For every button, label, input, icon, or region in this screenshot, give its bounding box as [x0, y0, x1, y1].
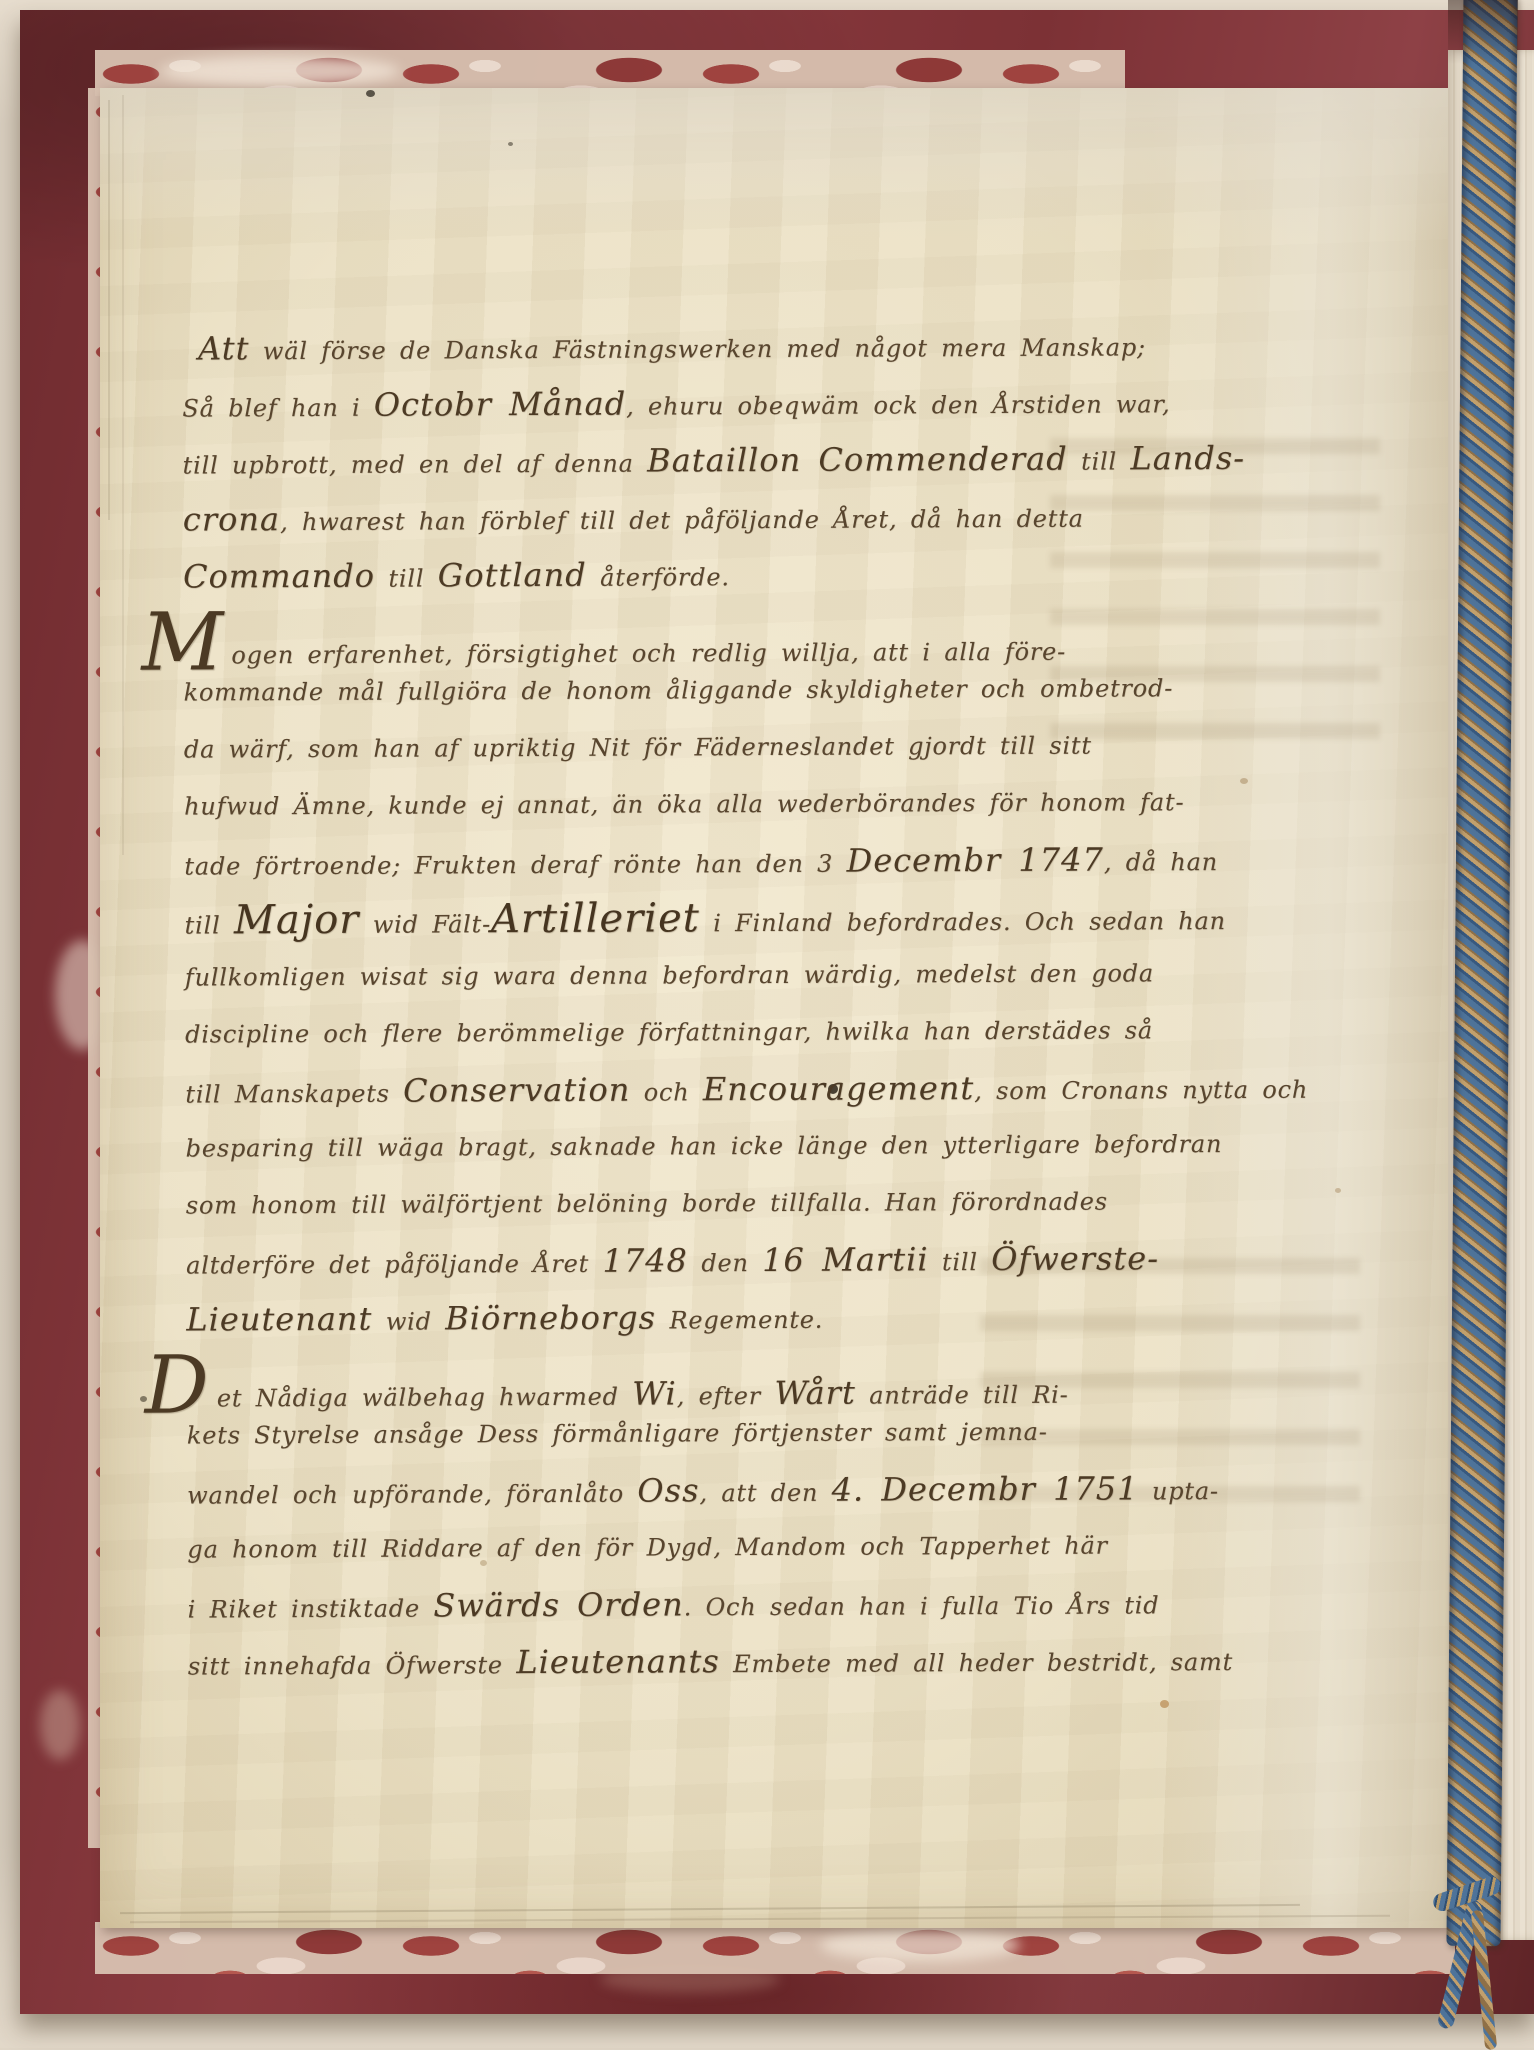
manuscript-line: Det Nådiga wälbehag hwarmed Wi, efter Wå…	[187, 1345, 1352, 1407]
text-segment: Oss	[637, 1471, 699, 1509]
manuscript-line: hufwud Ämne, kunde ej annat, än öka alla…	[184, 773, 1349, 835]
manuscript-line: Commando till Gottland återförde.	[183, 543, 1348, 605]
text-segment: . Och sedan han i fulla Tio Års tid	[684, 1591, 1160, 1621]
text-segment: till	[1068, 447, 1131, 475]
text-segment: Så blef han i	[182, 394, 374, 423]
manuscript-line: kommande mål fullgiöra de honom åliggand…	[184, 659, 1349, 721]
text-segment: Decembr 1747	[847, 841, 1104, 880]
text-segment: Swärds Orden	[433, 1585, 683, 1624]
cord-top-shadow	[1448, 0, 1518, 64]
text-segment: Regemente.	[656, 1306, 823, 1335]
text-segment: Artilleriet	[491, 895, 700, 942]
text-segment: Commando	[183, 557, 375, 596]
text-segment: 4. Decembr 1751	[832, 1469, 1139, 1508]
manuscript-line: altderföre det påföljande Året 1748 den …	[186, 1229, 1351, 1291]
text-segment: som honom till wälförtjent belöning bord…	[186, 1188, 1108, 1220]
text-segment: fullkomligen wisat sig wara denna beford…	[185, 959, 1154, 991]
text-segment: Biörneborgs	[445, 1298, 656, 1337]
ink-speck	[366, 90, 375, 97]
text-segment: , hwarest han förblef till det påföljand…	[280, 505, 1084, 537]
text-segment: upta-	[1138, 1477, 1218, 1505]
text-segment: Att	[198, 329, 249, 367]
text-segment: till	[185, 911, 234, 939]
manuscript-line: Så blef han i Octobr Månad, ehuru obeqwä…	[182, 372, 1347, 434]
manuscript-line: tade förtroende; Frukten deraf rönte han…	[184, 830, 1349, 892]
text-segment: discipline och flere berömmelige författ…	[185, 1016, 1153, 1048]
text-segment: Octobr Månad	[374, 385, 626, 424]
manuscript-line: till Manskapets Conservation och Encoura…	[185, 1058, 1350, 1120]
text-block: Att wäl förse de Danska Fästningswerken …	[182, 315, 1353, 1694]
text-segment: Gottland	[438, 556, 587, 595]
manuscript-line: fullkomligen wisat sig wara denna beford…	[185, 944, 1350, 1006]
paragraph: Att wäl förse de Danska Fästningswerken …	[182, 315, 1348, 605]
text-segment: till	[928, 1248, 991, 1276]
text-segment: sitt innehafda Öfwerste	[188, 1651, 517, 1680]
text-segment: i Finland befordrades. Och sedan han	[700, 907, 1226, 937]
page-top-edge-shading	[100, 88, 1448, 238]
text-segment: wandel och upförande, föranlåto	[187, 1480, 637, 1510]
text-segment: till upbrott, med en del af denna	[183, 450, 648, 480]
manuscript-line: crona, hwarest han förblef till det påfö…	[183, 486, 1348, 548]
text-segment: Conservation	[403, 1071, 630, 1110]
text-segment: besparing till wäga bragt, saknade han i…	[186, 1130, 1223, 1163]
text-segment: crona	[183, 500, 280, 538]
paragraph: Mogen erfarenhet, försigtighet och redli…	[183, 602, 1351, 1348]
text-segment: da wärf, som han af upriktig Nit för Fäd…	[184, 732, 1092, 764]
text-segment: tade förtroende; Frukten deraf rönte han…	[184, 850, 846, 881]
text-segment: Bataillon Commenderad	[647, 440, 1068, 480]
manuscript-line: Lieutenant wid Biörneborgs Regemente.	[186, 1286, 1351, 1348]
text-segment: wid	[372, 1307, 445, 1335]
text-segment: Major	[234, 897, 360, 944]
text-segment: Lieutenant	[186, 1300, 372, 1339]
manuscript-line: till Major wid Fält-Artilleriet i Finlan…	[185, 887, 1350, 949]
text-segment: ga honom till Riddare af den för Dygd, M…	[187, 1532, 1108, 1564]
text-segment: 1748	[602, 1241, 688, 1279]
manuscript-line: Mogen erfarenhet, försigtighet och redli…	[183, 602, 1348, 664]
manuscript-line: kets Styrelse ansåge Dess förmånligare f…	[187, 1402, 1352, 1464]
leather-worn-patch	[40, 1690, 80, 1760]
text-segment: , då han	[1104, 848, 1218, 876]
sheet-edge-line	[122, 95, 124, 855]
manuscript-line: da wärf, som han af upriktig Nit för Fäd…	[184, 716, 1349, 778]
manuscript-line: till upbrott, med en del af denna Batail…	[183, 429, 1348, 491]
text-segment: , att den	[699, 1479, 831, 1508]
text-segment: kommande mål fullgiöra de honom åliggand…	[184, 674, 1174, 706]
text-segment: altderföre det påföljande Året	[186, 1250, 602, 1280]
manuscript-line: Att wäl förse de Danska Fästningswerken …	[182, 315, 1347, 377]
foxing-spot	[1160, 1700, 1169, 1708]
manuscript-line: i Riket instiktade Swärds Orden. Och sed…	[187, 1573, 1352, 1635]
text-segment: Encouragement	[703, 1069, 974, 1108]
text-segment: till Manskapets	[185, 1080, 403, 1109]
paragraph: Det Nådiga wälbehag hwarmed Wi, efter Wå…	[187, 1345, 1353, 1692]
text-segment: wäl förse de Danska Fästningswerken med …	[249, 333, 1146, 365]
text-segment: Embete med all heder bestridt, samt	[720, 1648, 1233, 1678]
paragraph-initial: D	[145, 1356, 209, 1413]
text-segment: till	[375, 564, 438, 592]
manuscript-line: ga honom till Riddare af den för Dygd, M…	[187, 1516, 1352, 1578]
marble-worn-patch	[160, 56, 400, 86]
text-segment: Lands-	[1130, 439, 1245, 477]
text-segment: 16 Martii	[762, 1240, 929, 1279]
text-segment: Lieutenants	[516, 1642, 720, 1681]
text-segment: och	[630, 1078, 703, 1106]
manuscript-line: som honom till wälförtjent belöning bord…	[186, 1172, 1351, 1234]
manuscript-line: wandel och upförande, föranlåto Oss, att…	[187, 1459, 1352, 1521]
marbled-endpaper-bottom	[95, 1922, 1455, 1974]
text-segment: återförde.	[587, 563, 730, 592]
manuscript-line: besparing till wäga bragt, saknade han i…	[185, 1115, 1350, 1177]
text-segment: kets Styrelse ansåge Dess förmånligare f…	[187, 1418, 1048, 1450]
text-segment: Öfwerste-	[991, 1239, 1159, 1278]
manuscript-line: sitt innehafda Öfwerste Lieutenants Embe…	[188, 1630, 1353, 1692]
sheet-edge-line	[108, 100, 110, 520]
text-segment: wid Fält-	[359, 910, 491, 939]
manuscript-line: discipline och flere berömmelige författ…	[185, 1001, 1350, 1063]
marble-worn-patch	[820, 1928, 1020, 1962]
text-segment: i Riket instiktade	[188, 1594, 434, 1623]
text-segment: , som Cronans nytta och	[974, 1076, 1308, 1105]
paragraph-initial: M	[141, 613, 223, 670]
ink-speck	[508, 142, 513, 146]
text-segment: den	[688, 1249, 762, 1277]
text-segment: hufwud Ämne, kunde ej annat, än öka alla…	[184, 788, 1184, 820]
text-segment: , ehuru obeqwäm ock den Årstiden war,	[626, 390, 1170, 420]
